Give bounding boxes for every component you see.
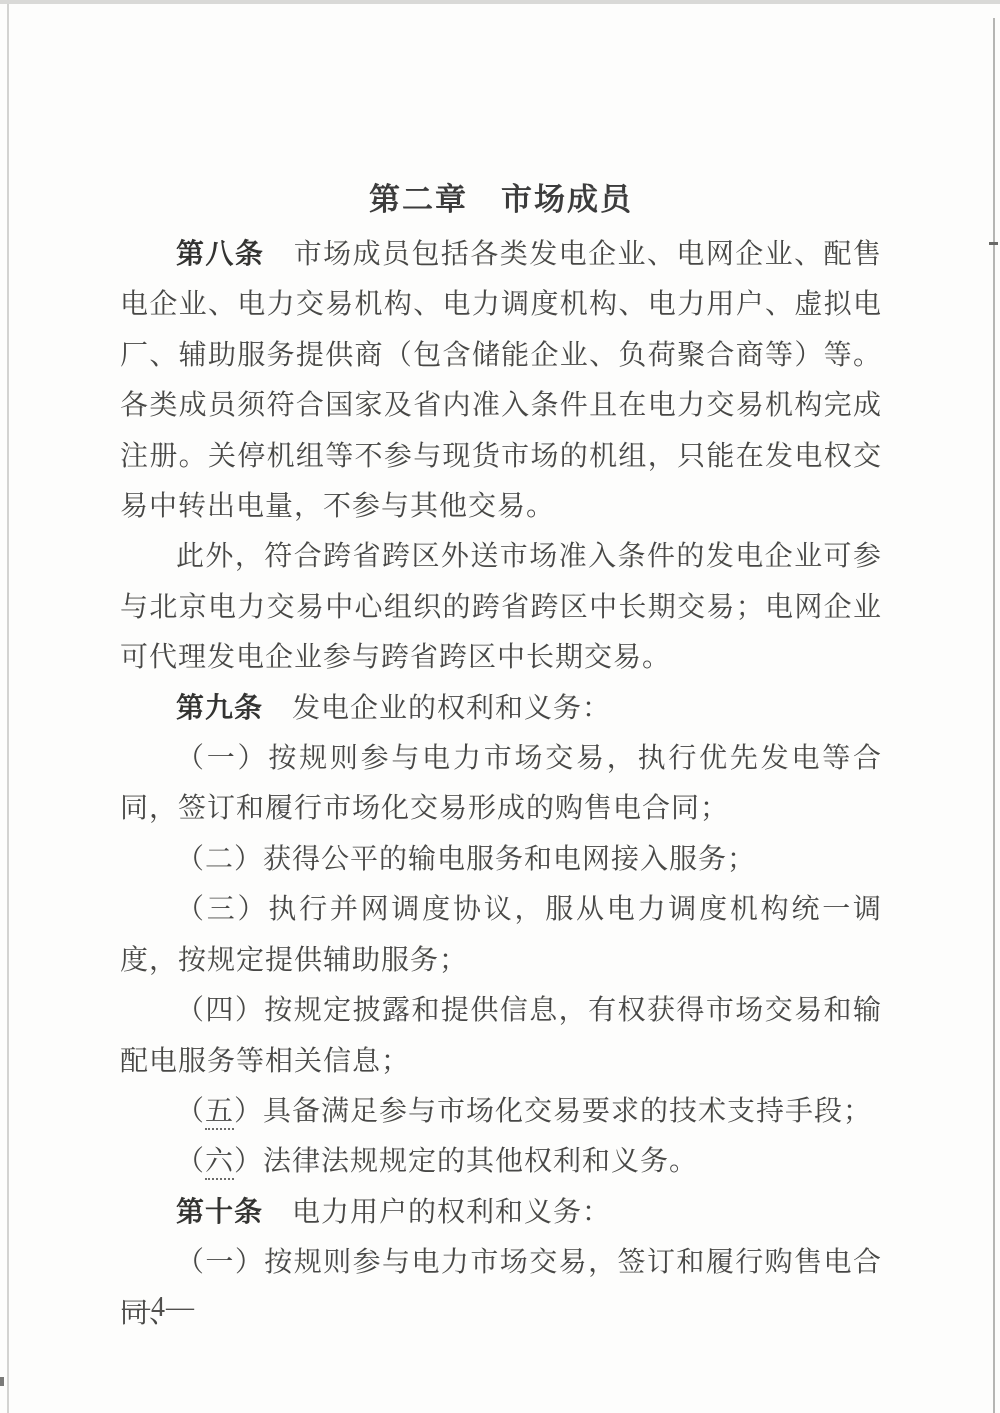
- paragraph: （六）法律法规规定的其他权利和义务。: [120, 1137, 882, 1187]
- scan-edge-top: [0, 0, 1000, 4]
- paragraph: （一）按规则参与电力市场交易，执行优先发电等合同，签订和履行市场化交易形成的购售…: [120, 734, 882, 835]
- paragraph-text: 六: [205, 1146, 234, 1180]
- paragraph-text: ）具备满足参与市场化交易要求的技术支持手段；: [234, 1096, 872, 1127]
- paragraph-text: ）法律法规规定的其他权利和义务。: [234, 1146, 698, 1177]
- article-number: 第十条: [176, 1197, 263, 1228]
- paragraph: （一）按规则参与电力市场交易，签订和履行购售电合同、: [120, 1238, 882, 1339]
- paragraph: （四）按规定披露和提供信息，有权获得市场交易和输配电服务等相关信息；: [120, 986, 882, 1087]
- paragraph-text: （一）按规则参与电力市场交易，签订和履行购售电合同、: [120, 1247, 882, 1328]
- paragraph: 此外，符合跨省跨区外送市场准入条件的发电企业可参与北京电力交易中心组织的跨省跨区…: [120, 532, 882, 683]
- article-number: 第九条: [176, 693, 263, 724]
- paragraph-text: 五: [205, 1096, 234, 1130]
- paragraph-text: 此外，符合跨省跨区外送市场准入条件的发电企业可参与北京电力交易中心组织的跨省跨区…: [120, 541, 882, 673]
- scan-edge-left: [7, 4, 9, 1413]
- paragraph-text: （: [176, 1146, 205, 1177]
- paragraph-text: （三）执行并网调度协议，服从电力调度机构统一调度，按规定提供辅助服务；: [120, 894, 882, 975]
- scan-artifact-right: [989, 242, 998, 245]
- page-number: —4—: [122, 1283, 195, 1333]
- chapter-heading: 第二章 市场成员: [120, 175, 882, 225]
- scanned-document-page: 第二章 市场成员 第八条 市场成员包括各类发电企业、电网企业、配售电企业、电力交…: [0, 0, 1000, 1413]
- paragraph-text: （二）获得公平的输电服务和电网接入服务；: [176, 844, 756, 875]
- paragraph-text: （一）按规则参与电力市场交易，执行优先发电等合同，签订和履行市场化交易形成的购售…: [120, 743, 882, 824]
- paragraph-text: （: [176, 1096, 205, 1127]
- paragraph-text: 电力用户的权利和义务：: [263, 1197, 611, 1228]
- paragraph-text: 市场成员包括各类发电企业、电网企业、配售电企业、电力交易机构、电力调度机构、电力…: [120, 239, 882, 522]
- paragraph: （二）获得公平的输电服务和电网接入服务；: [120, 835, 882, 885]
- paragraph: 第八条 市场成员包括各类发电企业、电网企业、配售电企业、电力交易机构、电力调度机…: [120, 230, 882, 532]
- paragraph: 第十条 电力用户的权利和义务：: [120, 1188, 882, 1238]
- paragraph-text: 发电企业的权利和义务：: [263, 693, 611, 724]
- paragraph: 第九条 发电企业的权利和义务：: [120, 684, 882, 734]
- paragraph-text: （四）按规定披露和提供信息，有权获得市场交易和输配电服务等相关信息；: [120, 995, 882, 1076]
- paragraph: （五）具备满足参与市场化交易要求的技术支持手段；: [120, 1087, 882, 1137]
- scan-edge-right: [993, 18, 995, 1413]
- scan-artifact-left: [0, 1377, 4, 1386]
- article-number: 第八条: [176, 239, 264, 270]
- document-body: 第八条 市场成员包括各类发电企业、电网企业、配售电企业、电力交易机构、电力调度机…: [120, 230, 882, 1339]
- paragraph: （三）执行并网调度协议，服从电力调度机构统一调度，按规定提供辅助服务；: [120, 885, 882, 986]
